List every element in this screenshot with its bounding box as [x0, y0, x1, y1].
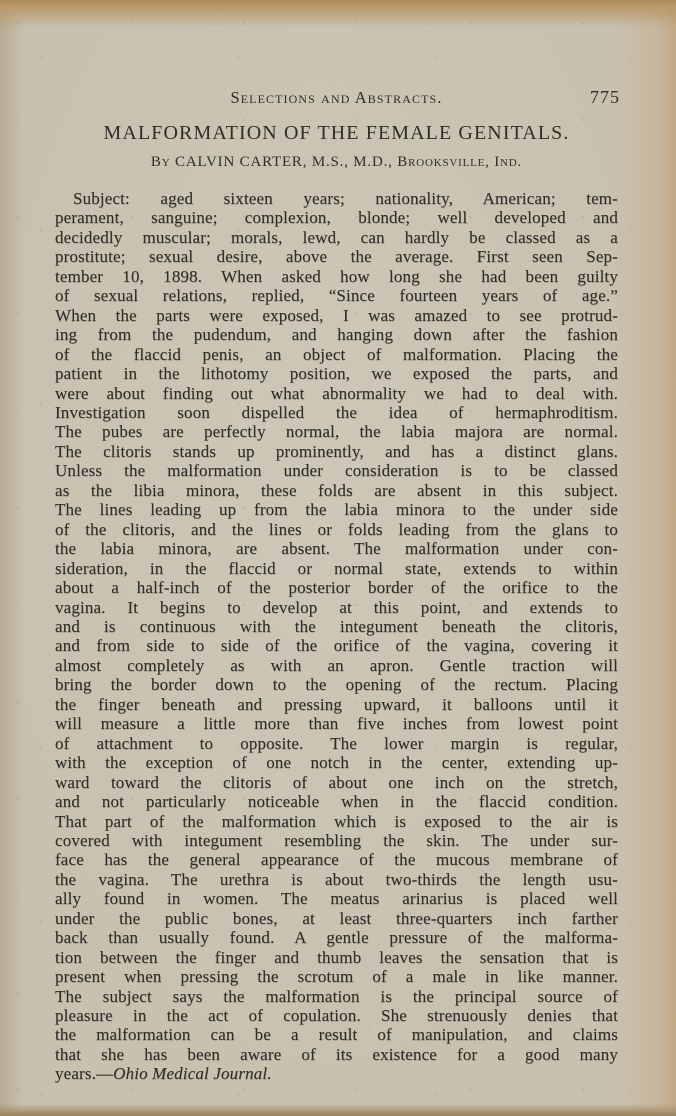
closing-source: Ohio Medical Journal. — [113, 1064, 271, 1083]
running-header-title: Selections and Abstracts. — [230, 88, 442, 107]
article-byline: By CALVIN CARTER, M.S., M.D., Brooksvill… — [55, 152, 618, 172]
body-line: as the libia minora, these folds are abs… — [55, 481, 618, 500]
body-line: vagina. It begins to develop at this poi… — [55, 598, 618, 617]
body-line: The subject says the malformation is the… — [55, 987, 618, 1006]
body-line: back than usually found. A gentle pressu… — [55, 928, 618, 947]
body-line: Subject: aged sixteen years; nationality… — [55, 189, 618, 208]
article-title: MALFORMATION OF THE FEMALE GENITALS. — [55, 121, 618, 145]
body-line: That part of the malformation which is e… — [55, 812, 618, 831]
body-line: and is continuous with the integument be… — [55, 617, 618, 636]
body-line: tion between the finger and thumb leaves… — [55, 948, 618, 967]
body-line: the finger beneath and pressing upward, … — [55, 695, 618, 714]
body-line: ward toward the clitoris of about one in… — [55, 773, 618, 792]
running-header: Selections and Abstracts. 775 — [55, 88, 618, 108]
body-line: of the clitoris, and the lines or folds … — [55, 520, 618, 539]
body-line: Investigation soon dispelled the idea of… — [55, 403, 618, 422]
page-number: 775 — [590, 87, 620, 108]
body-line: will measure a little more than five inc… — [55, 714, 618, 733]
body-line: were about finding out what abnormality … — [55, 384, 618, 403]
body-line: of the flaccid penis, an object of malfo… — [55, 345, 618, 364]
body-line: with the exception of one notch in the c… — [55, 753, 618, 772]
body-line: present when pressing the scrotum of a m… — [55, 967, 618, 986]
article-body: Subject: aged sixteen years; nationality… — [55, 189, 618, 1084]
closing-line: years.—Ohio Medical Journal. — [55, 1064, 618, 1083]
body-line: under the public bones, at least three-q… — [55, 909, 618, 928]
body-line: When the parts were exposed, I was amaze… — [55, 306, 618, 325]
body-line: the malformation can be a result of mani… — [55, 1025, 618, 1044]
body-line: and not particularly noticeable when in … — [55, 792, 618, 811]
byline-location: Brooksville, Ind. — [397, 154, 522, 170]
byline-author: CALVIN CARTER, M.S., M.D., — [175, 154, 393, 170]
body-line: and from side to side of the orifice of … — [55, 636, 618, 655]
body-line: perament, sanguine; complexion, blonde; … — [55, 208, 618, 227]
body-line: the vagina. The urethra is about two-thi… — [55, 870, 618, 889]
body-line: sideration, in the flaccid or normal sta… — [55, 559, 618, 578]
body-line: prostitute; sexual desire, above the ave… — [55, 247, 618, 266]
body-line: pleasure in the act of copulation. She s… — [55, 1006, 618, 1025]
body-line: ally found in women. The meatus arinariu… — [55, 889, 618, 908]
body-line: bring the border down to the opening of … — [55, 675, 618, 694]
body-line: patient in the lithotomy position, we ex… — [55, 364, 618, 383]
body-line: of sexual relations, replied, “Since fou… — [55, 286, 618, 305]
body-line: The lines leading up from the labia mino… — [55, 500, 618, 519]
byline-prefix: By — [151, 154, 171, 170]
body-line: decidedly muscular; morals, lewd, can ha… — [55, 228, 618, 247]
body-line: The clitoris stands up prominently, and … — [55, 442, 618, 461]
closing-text: years.— — [55, 1064, 113, 1083]
body-line: of attachment to opposite. The lower mar… — [55, 734, 618, 753]
body-line: ing from the pudendum, and hanging down … — [55, 325, 618, 344]
body-line: Unless the malformation under considerat… — [55, 461, 618, 480]
body-line: the labia minora, are absent. The malfor… — [55, 539, 618, 558]
body-line: covered with integument resembling the s… — [55, 831, 618, 850]
body-line: almost completely as with an apron. Gent… — [55, 656, 618, 675]
body-line: face has the general appearance of the m… — [55, 850, 618, 869]
body-line: that she has been aware of its existence… — [55, 1045, 618, 1064]
body-line: about a half-inch of the posterior borde… — [55, 578, 618, 597]
journal-page: Selections and Abstracts. 775 MALFORMATI… — [0, 0, 676, 1116]
body-line: The pubes are perfectly normal, the labi… — [55, 422, 618, 441]
body-line: tember 10, 1898. When asked how long she… — [55, 267, 618, 286]
